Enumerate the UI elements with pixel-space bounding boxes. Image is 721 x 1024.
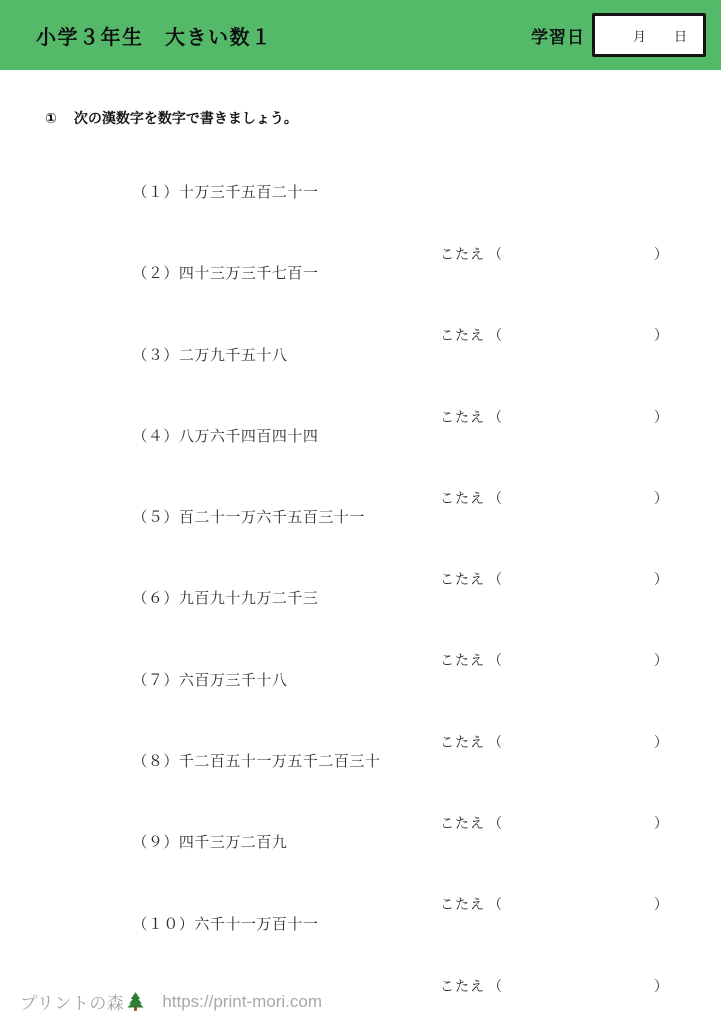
answer-open-paren: （ [488, 813, 502, 833]
answer-close-paren: ） [654, 732, 668, 752]
instruction-text: 次の漢数字を数字で書きましょう。 [74, 108, 298, 128]
day-label: 日 [674, 26, 687, 45]
answer-blank[interactable] [502, 570, 654, 588]
answer-label: こたえ [440, 894, 485, 914]
answer-label: こたえ [440, 488, 485, 508]
answer-open-paren: （ [488, 976, 502, 996]
question-kanji: 九百九十九万二千三 [179, 590, 319, 607]
question-row: （１）十万三千五百二十一 こたえ （ ） [0, 163, 721, 244]
answer-close-paren: ） [654, 976, 668, 996]
question-kanji: 八万六千四百四十四 [179, 428, 319, 445]
answer-blank[interactable] [502, 326, 654, 344]
question-kanji: 四千三万二百九 [179, 834, 288, 851]
question-label: （７） [132, 672, 179, 689]
answer-blank[interactable] [502, 895, 654, 913]
evergreen-tree-icon [127, 992, 144, 1011]
question-label: （８） [132, 753, 179, 770]
footer: プリントの森 https://print-mori.com [20, 989, 322, 1014]
answer-open-paren: （ [488, 244, 502, 264]
answer-label: こたえ [440, 325, 485, 345]
answer-label: こたえ [440, 976, 485, 996]
answer-open-paren: （ [488, 569, 502, 589]
study-date-box[interactable]: 月 日 [592, 13, 706, 57]
answer-label: こたえ [440, 569, 485, 589]
answer-close-paren: ） [654, 325, 668, 345]
study-date-label: 学習日 [531, 23, 585, 48]
answer-open-paren: （ [488, 732, 502, 752]
answer-open-paren: （ [488, 894, 502, 914]
month-label: 月 [633, 26, 646, 45]
question-kanji: 千二百五十一万五千二百三十 [179, 753, 381, 770]
question-label: （２） [132, 265, 179, 282]
question-label: （４） [132, 428, 179, 445]
header-bar: 小学３年生 大きい数１ 学習日 月 日 [0, 0, 721, 70]
answer-blank[interactable] [502, 408, 654, 426]
answer-label: こたえ [440, 650, 485, 670]
answer-blank[interactable] [502, 489, 654, 507]
question-kanji: 二万九千五十八 [179, 347, 288, 364]
question-label: （３） [132, 347, 179, 364]
answer-blank[interactable] [502, 814, 654, 832]
answer-open-paren: （ [488, 650, 502, 670]
site-name: プリントの森 [20, 989, 124, 1014]
question-line: （１）十万三千五百二十一 [95, 163, 721, 223]
answer-close-paren: ） [654, 569, 668, 589]
section-instruction: ① 次の漢数字を数字で書きましょう。 [45, 108, 721, 128]
question-kanji: 四十三万三千七百一 [179, 265, 319, 282]
answer-label: こたえ [440, 244, 485, 264]
answer-close-paren: ） [654, 244, 668, 264]
questions-list: （１）十万三千五百二十一 こたえ （ ） （２）四十三万三千七百一 こたえ （ … [0, 163, 721, 976]
site-url: https://print-mori.com [162, 992, 322, 1012]
answer-open-paren: （ [488, 325, 502, 345]
answer-blank[interactable] [502, 977, 654, 995]
question-label: （５） [132, 509, 179, 526]
answer-close-paren: ） [654, 894, 668, 914]
question-kanji: 六千十一万百十一 [194, 916, 318, 933]
worksheet-page: 小学３年生 大きい数１ 学習日 月 日 ① 次の漢数字を数字で書きましょう。 （… [0, 0, 721, 1024]
answer-close-paren: ） [654, 488, 668, 508]
question-kanji: 百二十一万六千五百三十一 [179, 509, 365, 526]
answer-blank[interactable] [502, 245, 654, 263]
question-kanji: 十万三千五百二十一 [179, 184, 319, 201]
question-label: （６） [132, 590, 179, 607]
answer-label: こたえ [440, 813, 485, 833]
question-label: （１０） [132, 916, 194, 933]
question-label: （１） [132, 184, 179, 201]
answer-close-paren: ） [654, 407, 668, 427]
section-number: ① [45, 110, 57, 127]
answer-open-paren: （ [488, 407, 502, 427]
answer-close-paren: ） [654, 650, 668, 670]
answer-close-paren: ） [654, 813, 668, 833]
answer-blank[interactable] [502, 733, 654, 751]
answer-blank[interactable] [502, 651, 654, 669]
answer-label: こたえ [440, 407, 485, 427]
question-kanji: 六百万三千十八 [179, 672, 288, 689]
answer-label: こたえ [440, 732, 485, 752]
answer-open-paren: （ [488, 488, 502, 508]
question-label: （９） [132, 834, 179, 851]
study-date-area: 学習日 月 日 [531, 13, 706, 57]
page-title: 小学３年生 大きい数１ [36, 21, 273, 50]
